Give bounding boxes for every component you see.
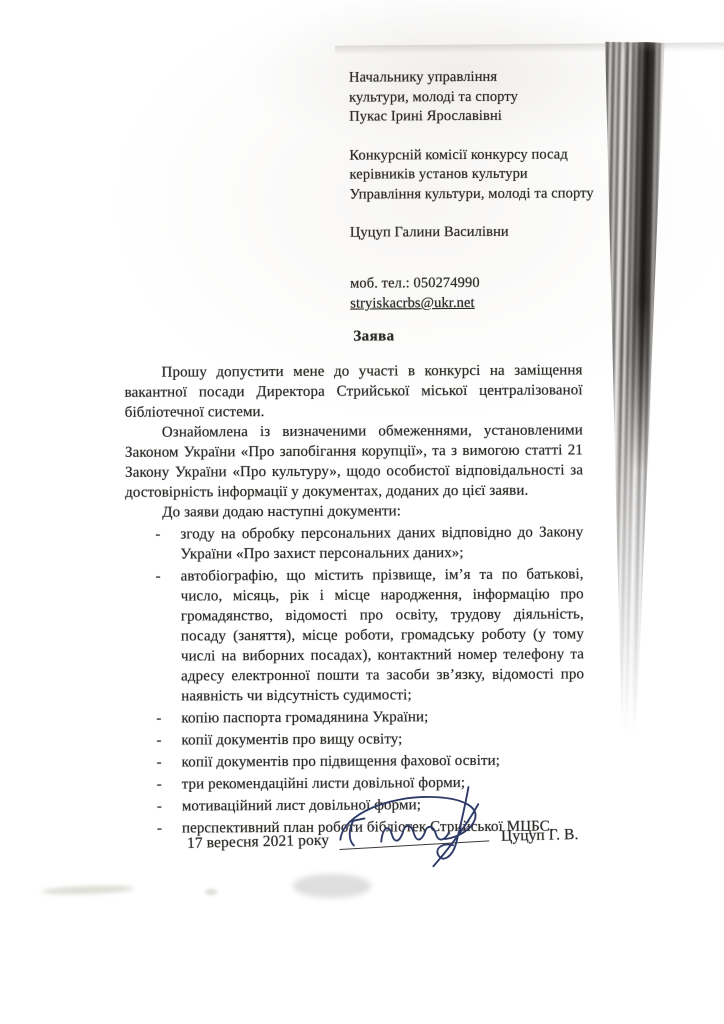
list-item-text: згоду на обробку персональних даних відп… <box>180 522 583 564</box>
document-list-item: - згоду на обробку персональних даних ві… <box>155 522 583 564</box>
list-item-text: копію паспорта громадянина України; <box>181 706 584 728</box>
signatory-name: Цуцуп Г. В. <box>501 826 579 846</box>
list-item-text: копії документів про вищу освіту; <box>181 728 584 750</box>
list-dash-marker: - <box>157 752 182 772</box>
paragraph-attachments-intro: До заяви додаю наступні документи: <box>125 500 583 522</box>
commission-line: Конкурсній комісії конкурсу посад <box>349 145 593 166</box>
document-body: Прошу допустити мене до участі в конкурс… <box>124 360 584 838</box>
paragraph-request: Прошу допустити мене до участі в конкурс… <box>124 360 582 422</box>
phone-number: моб. тел.: 050274990 <box>350 273 480 294</box>
list-dash-marker: - <box>157 818 182 838</box>
commission-block: Конкурсній комісії конкурсу посад керівн… <box>349 145 593 205</box>
commission-line: Управління культури, молоді та спорту <box>350 184 594 205</box>
scanned-document-page: Начальнику управління культури, молоді т… <box>0 0 724 1024</box>
paragraph-acknowledgement: Ознайомлена із визначеними обмеженнями, … <box>125 420 583 502</box>
signature-date: 17 вересня 2021 року <box>187 832 329 853</box>
contact-block: моб. тел.: 050274990 stryiskacrbs@ukr.ne… <box>350 273 480 314</box>
list-dash-marker: - <box>157 796 182 816</box>
recipient-line: Пукас Ірині Ярославівні <box>349 106 593 127</box>
recipient-line: культури, молоді та спорту <box>349 87 593 108</box>
document-content: Начальнику управління культури, молоді т… <box>0 0 724 1024</box>
list-item-text: копії документів про підвищення фахової … <box>182 750 585 772</box>
signature-scribble <box>322 780 503 876</box>
recipient-line: Начальнику управління <box>349 67 593 88</box>
document-list-item: - автобіографію, що містить прізвище, ім… <box>156 564 585 706</box>
document-list-item: - копії документів про вищу освіту; <box>156 728 584 750</box>
document-list-item: - копії документів про підвищення фахово… <box>157 750 585 772</box>
list-dash-marker: - <box>156 566 182 706</box>
list-dash-marker: - <box>156 708 181 728</box>
address-block: Начальнику управління культури, молоді т… <box>349 67 594 243</box>
list-item-text: автобіографію, що містить прізвище, ім’я… <box>181 564 585 706</box>
commission-line: керівників установ культури <box>349 164 593 185</box>
email-address: stryiskacrbs@ukr.net <box>350 293 480 314</box>
applicant-name: Цуцуп Галини Василівни <box>350 222 594 243</box>
list-dash-marker: - <box>156 730 181 750</box>
recipient-block: Начальнику управління культури, молоді т… <box>349 67 593 127</box>
document-title: Заява <box>353 328 394 345</box>
list-dash-marker: - <box>157 774 182 794</box>
document-list-item: - копію паспорта громадянина України; <box>156 706 584 728</box>
signature-line <box>339 824 490 850</box>
list-dash-marker: - <box>155 524 180 564</box>
